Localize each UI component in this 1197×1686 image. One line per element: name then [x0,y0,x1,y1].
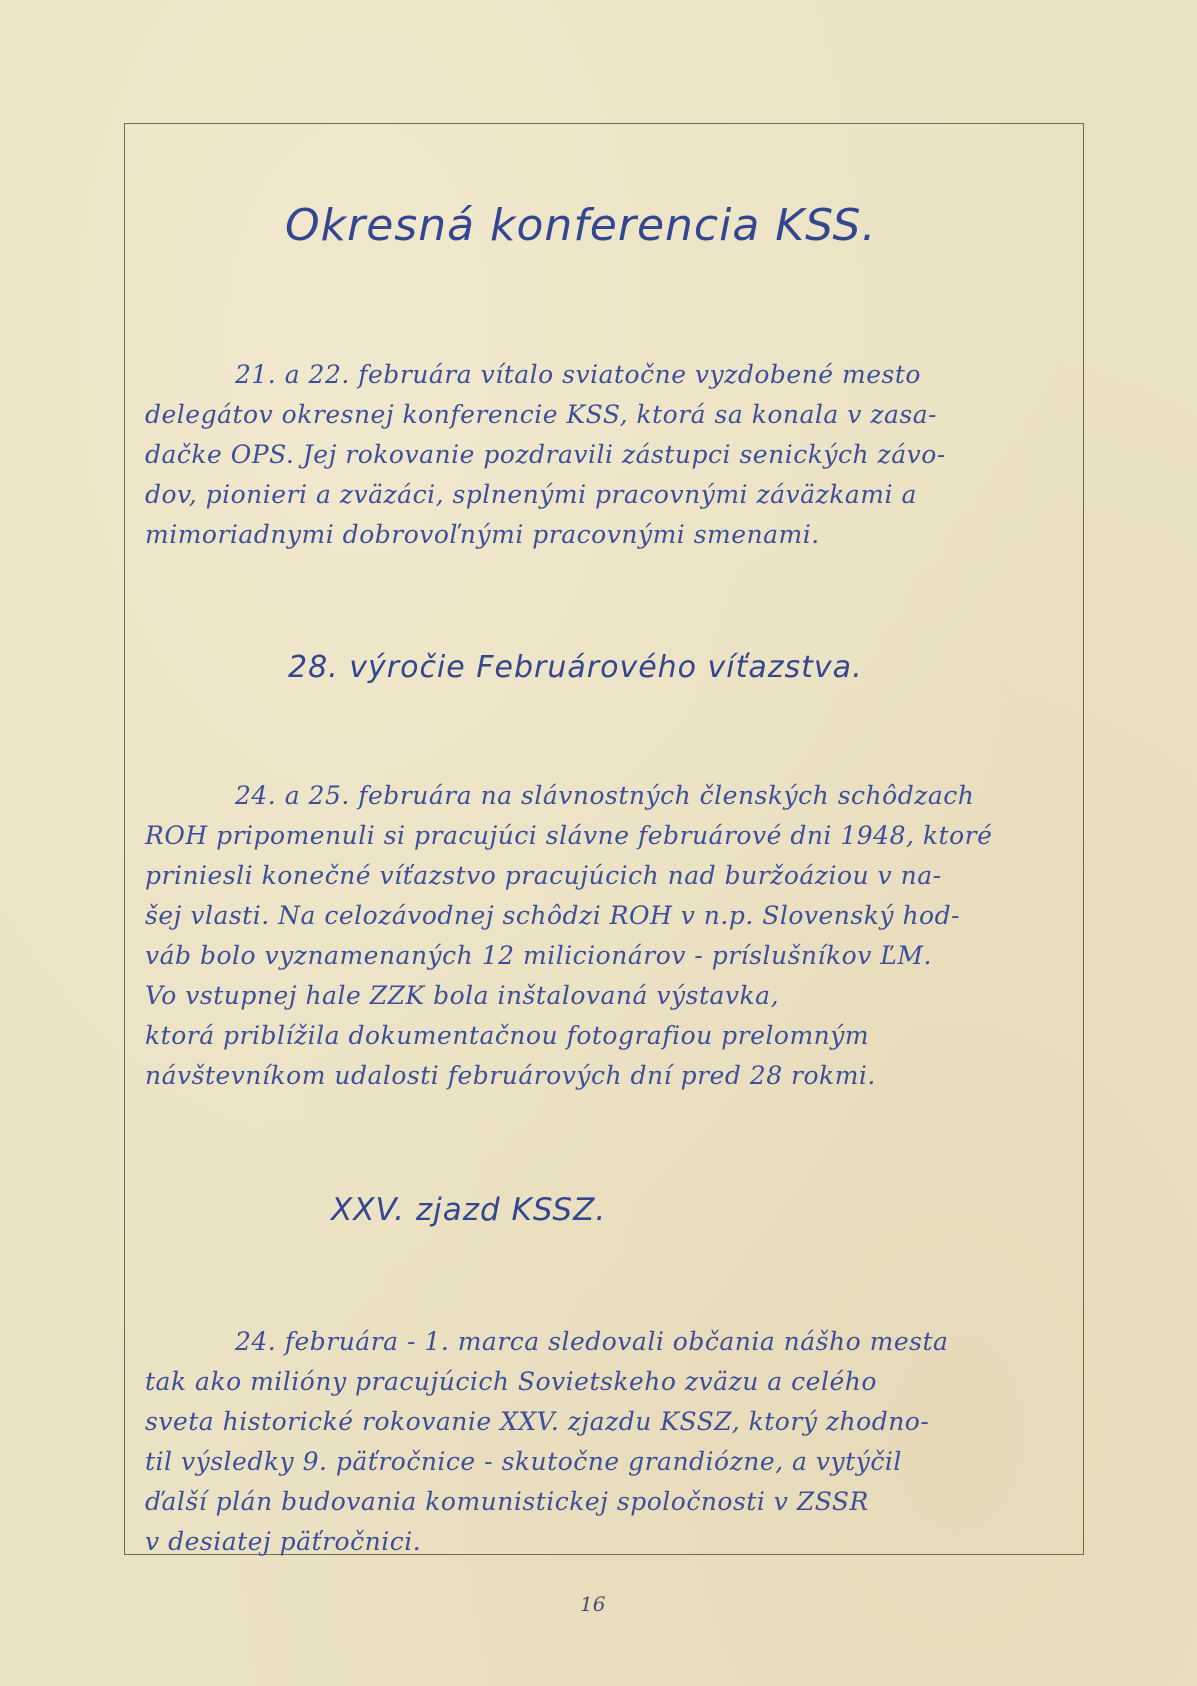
paragraph-xxv-zjazd: 24. februára - 1. marca sledovali občani… [145,1322,1065,1562]
section-heading-februarove-vitazstvo: 28. výročie Februárového víťazstva. [288,650,863,685]
text-line: dačke OPS. Jej rokovanie pozdravili zást… [145,435,1065,475]
text-line: Vo vstupnej hale ZZK bola inštalovaná vý… [145,976,1065,1016]
text-line: tak ako milióny pracujúcich Sovietskeho … [145,1362,1065,1402]
text-line: ktorá priblížila dokumentačnou fotografi… [145,1016,1065,1056]
text-line: ROH pripomenuli si pracujúci slávne febr… [145,816,1065,856]
section-heading-okresna-konferencia: Okresná konferencia KSS. [285,200,876,251]
paragraph-okresna-konferencia: 21. a 22. februára vítalo sviatočne vyzd… [145,355,1065,555]
text-line: v desiatej päťročnici. [145,1522,1065,1562]
text-line: 24. a 25. februára na slávnostných člens… [145,776,1065,816]
text-line: ďalší plán budovania komunistickej spolo… [145,1482,1065,1522]
section-heading-xxv-zjazd: XXV. zjazd KSSZ. [331,1192,606,1228]
text-line: váb bolo vyznamenaných 12 milicionárov -… [145,936,1065,976]
text-line: priniesli konečné víťazstvo pracujúcich … [145,856,1065,896]
text-line: delegátov okresnej konferencie KSS, ktor… [145,395,1065,435]
paragraph-februarove-vitazstvo: 24. a 25. februára na slávnostných člens… [145,776,1065,1096]
text-line: dov, pionieri a zväzáci, splnenými praco… [145,475,1065,515]
text-line: šej vlasti. Na celozávodnej schôdzi ROH … [145,896,1065,936]
text-line: 24. februára - 1. marca sledovali občani… [145,1322,1065,1362]
page-number: 16 [580,1592,605,1616]
text-line: mimoriadnymi dobrovoľnými pracovnými sme… [145,515,1065,555]
text-line: návštevníkom udalosti februárových dní p… [145,1056,1065,1096]
text-line: 21. a 22. februára vítalo sviatočne vyzd… [145,355,1065,395]
text-line: sveta historické rokovanie XXV. zjazdu K… [145,1402,1065,1442]
text-line: til výsledky 9. päťročnice - skutočne gr… [145,1442,1065,1482]
